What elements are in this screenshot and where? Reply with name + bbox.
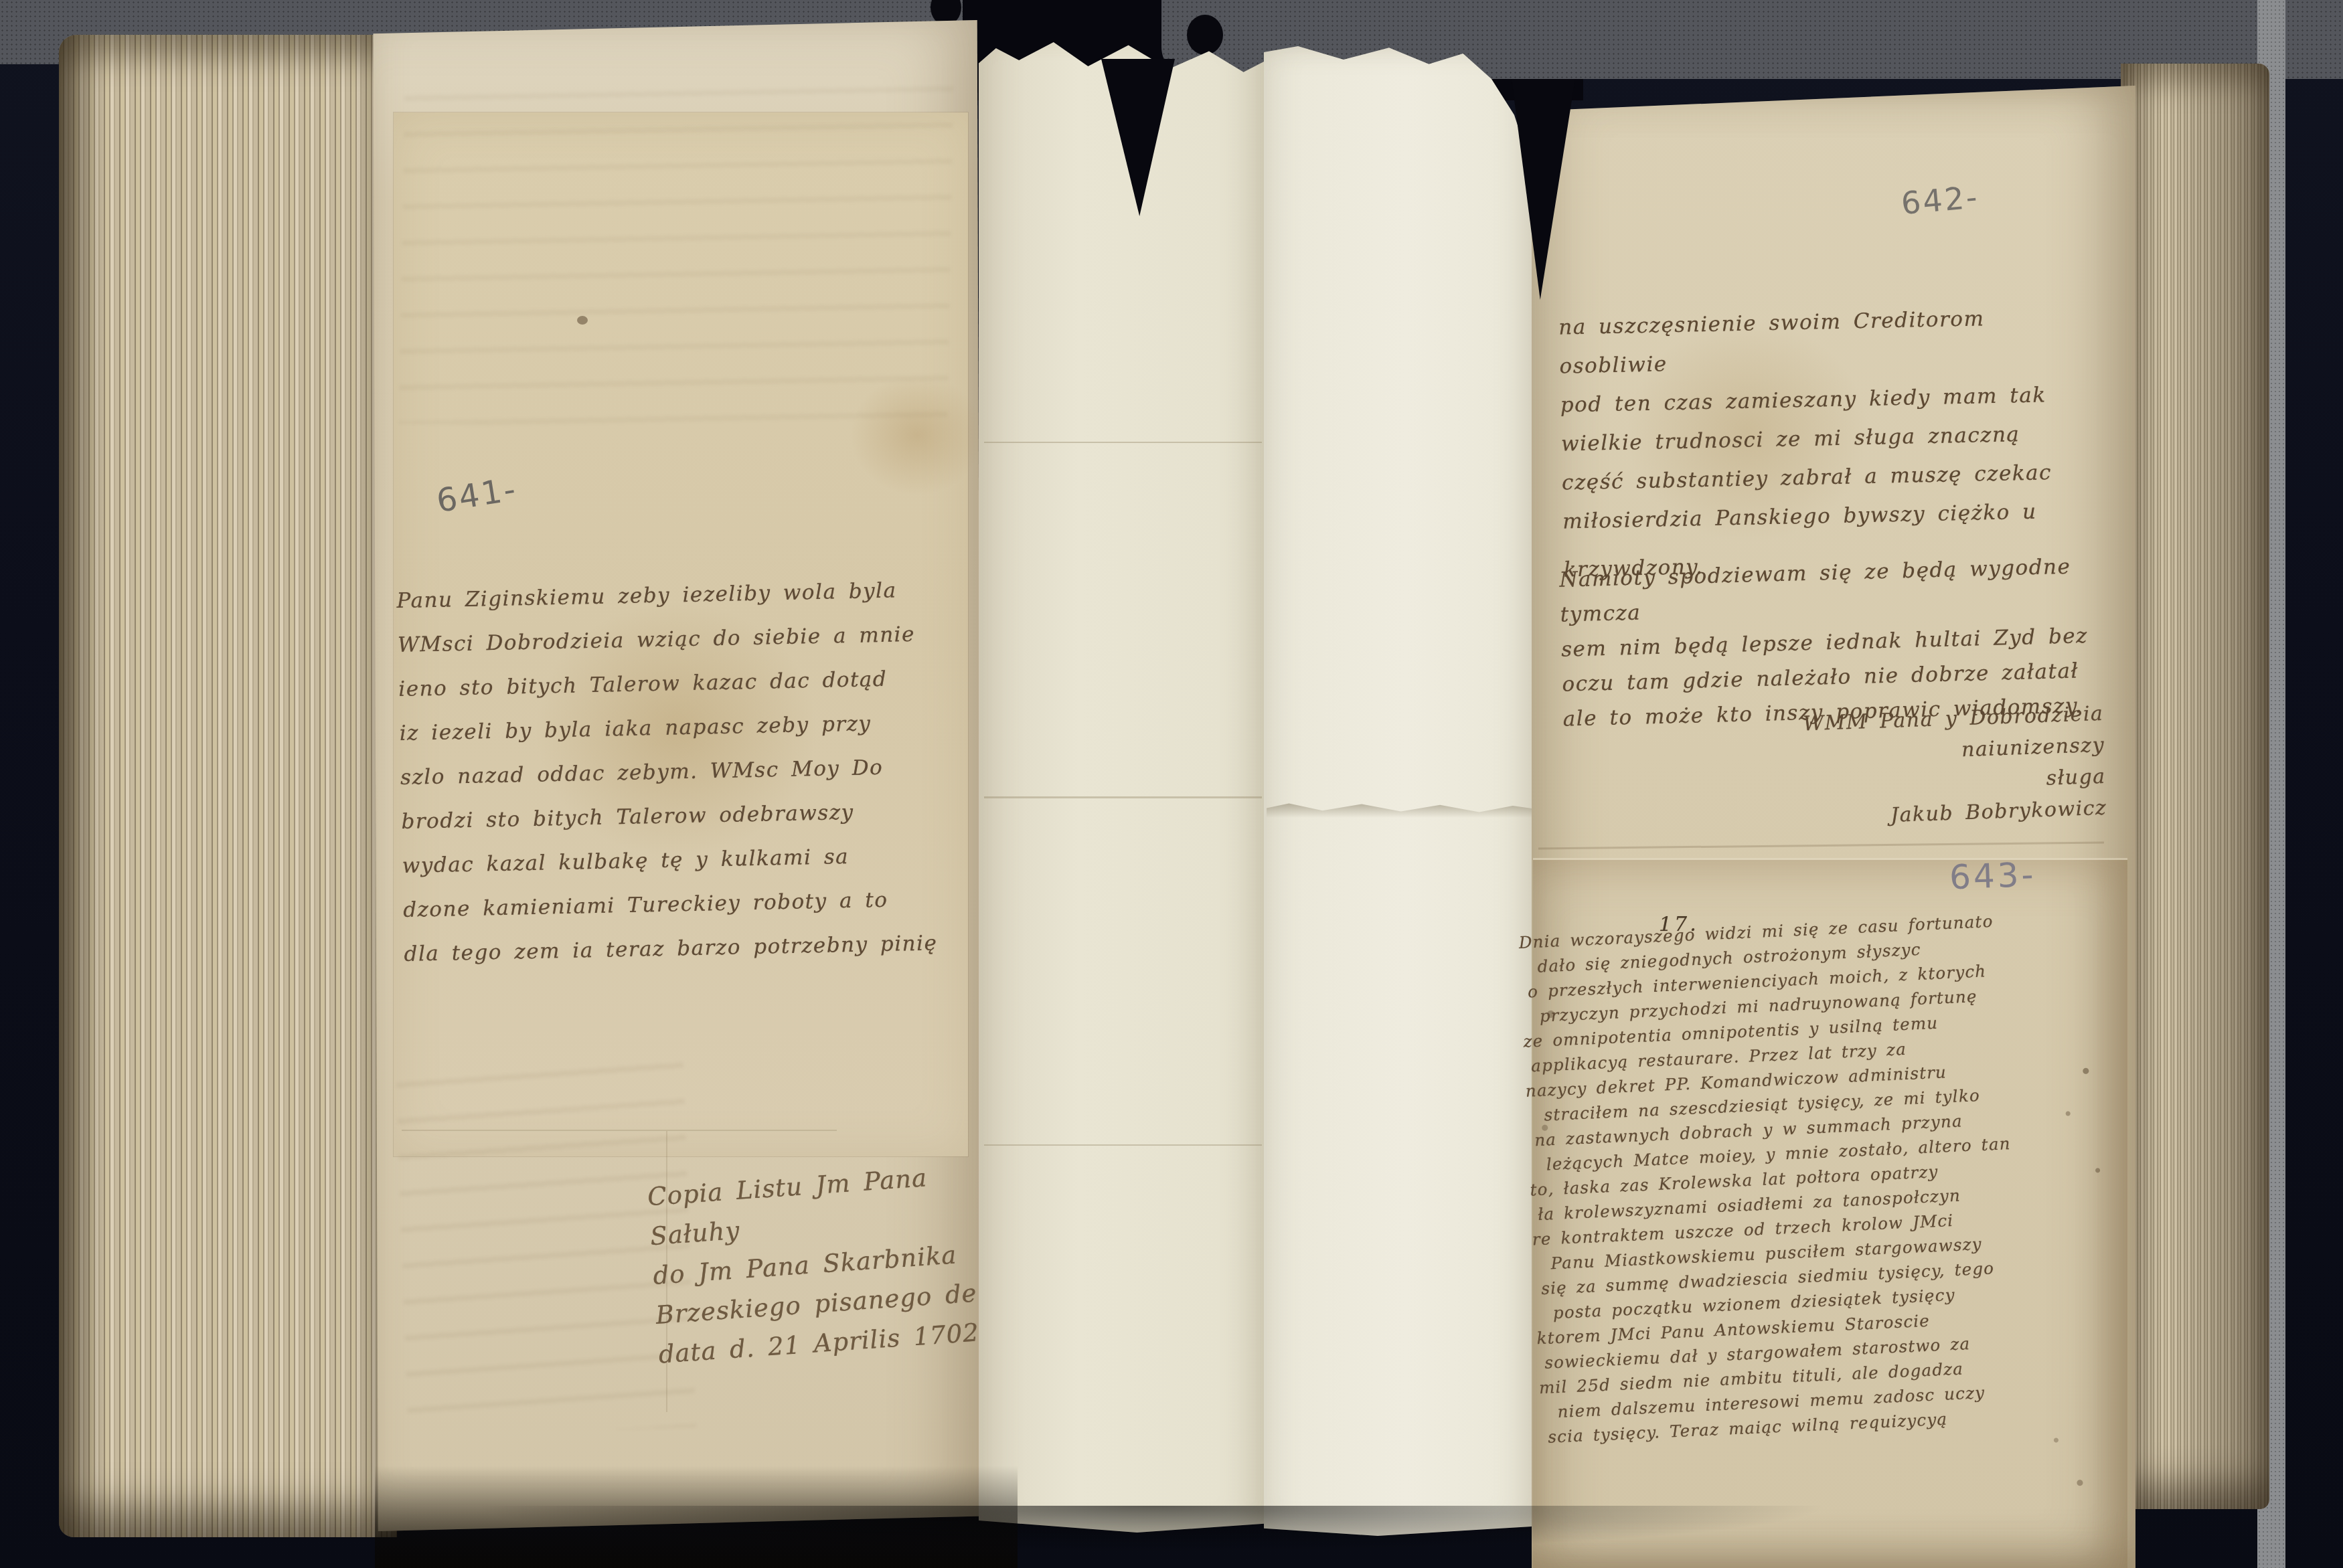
signature-block: WMM Pana y Dobrodzieia naiunizenszy sług… xyxy=(1749,698,2107,836)
bleedthrough-ghost-text-top xyxy=(399,76,954,433)
page-number-642: 642- xyxy=(1900,179,1981,222)
guard-crease-1 xyxy=(984,442,1262,443)
fold-crease-horizontal xyxy=(402,1130,837,1131)
ink-spot xyxy=(577,316,588,325)
lower-document-text: Dnia wczorayszego widzi mi się ze casu f… xyxy=(1518,903,2133,1450)
right-paragraph-1: na uszczęsnienie swoim Creditorom osobli… xyxy=(1558,297,2110,590)
guard-crease-3 xyxy=(984,1144,1262,1146)
guard-crease-2 xyxy=(984,796,1262,798)
left-letter-text: Panu Ziginskiemu zeby iezeliby wola byla… xyxy=(396,567,981,976)
left-page-edge-stack xyxy=(59,35,397,1537)
page-number-643: 643- xyxy=(1949,855,2036,897)
right-page-edge-stack xyxy=(2121,64,2269,1509)
left-caption-note: Copia Listu Jm Pana Sałuhy do Jm Pana Sk… xyxy=(646,1154,987,1374)
bottom-center-shadow xyxy=(375,1466,1018,1568)
mounting-hole-right xyxy=(1187,15,1223,55)
ink-line: na uszczęsnienie swoim Creditorom osobli… xyxy=(1558,297,2105,386)
paper-stain-small xyxy=(850,375,984,495)
photograph-of-open-manuscript-book: 641- Panu Ziginskiemu zeby iezeliby wola… xyxy=(0,0,2343,1568)
center-guard-page-left xyxy=(979,30,1267,1533)
center-guard-page-right xyxy=(1264,40,1548,1536)
